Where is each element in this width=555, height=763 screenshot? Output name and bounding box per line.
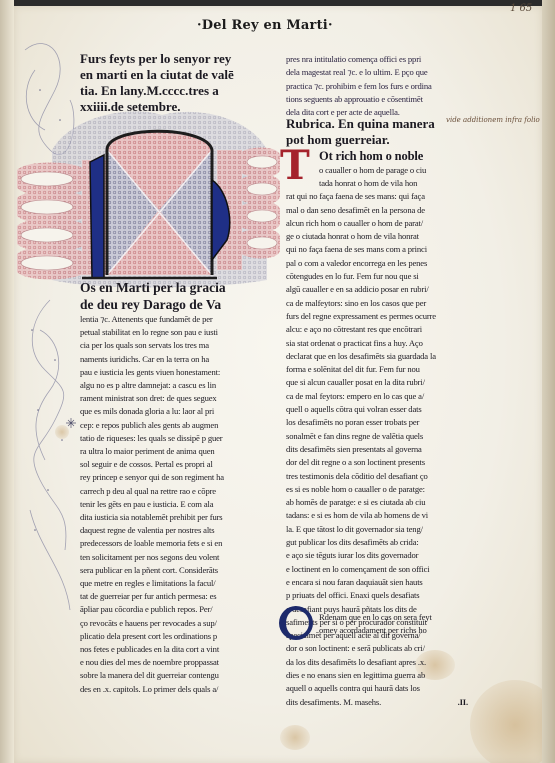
text-line: dits desafiments. M. masehs. .II.	[286, 696, 472, 709]
text-line: Os en Marti per la gracia	[80, 279, 265, 296]
text-line: āpliar pau cōcordia e publich repos. Per…	[80, 603, 265, 616]
text-line: cia per los quals son servats los tres m…	[80, 339, 265, 352]
text-line: ra ultra lo maior periment de anima quen	[80, 445, 265, 458]
text-line: ab homēs de paratge: e si es ciutada ab …	[286, 496, 472, 509]
text-line: daquest regne de valentia per nostres al…	[80, 524, 265, 537]
blue-initial-o	[279, 606, 313, 640]
text-line: que metre en regles e limitations la fac…	[80, 577, 265, 590]
chapter-number: .II.	[458, 696, 472, 709]
page-fore-edge	[542, 0, 555, 763]
text-line: sia stat ordenat o practicat fins a huy.…	[286, 337, 472, 350]
text-line: e encara si nou faran daquiauāt sien hau…	[286, 576, 472, 589]
text-line: nos fetes e publicades en la dita cort a…	[80, 643, 265, 656]
text-line: e loctinent en lo començament de son off…	[286, 563, 472, 576]
illuminated-initial-n	[12, 110, 280, 290]
text-line: tia. En lany.M.cccc.tres a	[80, 83, 265, 99]
handwritten-marginal-note: vide additionem infra folio	[446, 116, 540, 124]
text-line: ten solicitament per nos segons deu vole…	[80, 551, 265, 564]
text-line: petual stabilitat en lo regne son pau e …	[80, 326, 265, 339]
text-line: mal o dan seno desafimēt en la persona d…	[286, 204, 472, 217]
text-line: tatio de riqueses: les quals se dissipē …	[80, 432, 265, 445]
text-line: predecessors de loable memoria fets e si…	[80, 537, 265, 550]
text-line: que es mils donada gloria a lu: laor al …	[80, 405, 265, 418]
text-line: rey princep e senyor qui de son regiment…	[80, 471, 265, 484]
text-line: alcu: e aço no cōtrestant res que encōtr…	[286, 323, 472, 336]
text-line: furs del regne expressament es permes oc…	[286, 310, 472, 323]
text-line: p priuats del offici. Enaxi quels desafi…	[286, 589, 472, 602]
text-line: ço revocāts e hauens per revocades a sup…	[80, 617, 265, 630]
text-line: Rdenam que en lo cas on sera feyt	[319, 611, 472, 624]
left-column-body: lentia ⁊c. Attenents que fundamēt de per…	[80, 313, 265, 696]
right-column-top: pres nra intitulatio comença offici es p…	[286, 53, 472, 119]
text-line: algū caualler e en sa addicio posar en r…	[286, 283, 472, 296]
text-line: o caualler o hom de parage o ciu	[319, 164, 472, 177]
text-line: tres testimonis dela cōditio del desafia…	[286, 470, 472, 483]
text-line: e aço sie tēguts iurar los dits governad…	[286, 549, 472, 562]
text-line: dita iusticia sia notablemēt prehibit pe…	[80, 511, 265, 524]
chapter-two-opening: Rdenam que en lo cas on sera feyt omey a…	[319, 611, 472, 637]
text-line: des en .x. capitols. Lo primer dels qual…	[80, 683, 265, 696]
text-line: Furs feyts per lo senyor rey	[80, 51, 265, 67]
text-line: qui no faça faena de ses mans com a prin…	[286, 243, 472, 256]
text-line: sera publicar en la pñent cort. Consider…	[80, 564, 265, 577]
text-line: en marti en la ciutat de valē	[80, 67, 265, 83]
text-line: ge o ciutada honrat o hom de vila honrat	[286, 230, 472, 243]
folio-number: 1 65	[510, 3, 532, 14]
text-line: dits desafiments. M. masehs.	[286, 696, 381, 709]
text-line: e nou dies del mes de noembre proppassat	[80, 656, 265, 669]
text-line: ca de malfeytors: sino en los casos que …	[286, 297, 472, 310]
text-line: gut publicar los dits desafimēts ab crid…	[286, 536, 472, 549]
text-line: sonalmēt e fan dins regne de valētia que…	[286, 430, 472, 443]
text-line: la. E que tātost lo dit governador sia t…	[286, 523, 472, 536]
text-line: practica ⁊c. prohibim e fem los furs e o…	[286, 80, 472, 93]
text-line: pau e iusticia les gents viuen honestame…	[80, 366, 265, 379]
paper-stain	[280, 725, 310, 750]
text-line: sobre la manera del dit guerreiar conten…	[80, 669, 265, 682]
text-line: cōtengudes en lo fur. Fem fur nou que si	[286, 270, 472, 283]
text-line: Ot rich hom o noble	[319, 148, 472, 164]
text-line: tions seguents ab approuatio e cōsentimē…	[286, 93, 472, 106]
text-line: plicatio dela present cort les ordinatio…	[80, 630, 265, 643]
text-line: declarat que en los desafimēts sia guard…	[286, 350, 472, 363]
text-line: alcun rich hom o caualler o hom de parat…	[286, 217, 472, 230]
text-line: dor o son loctinent: e serā publicats ab…	[286, 642, 472, 655]
text-line: carrech p deu al qual na rettre rao e cō…	[80, 485, 265, 498]
chapter-one-opening: Ot rich hom o noble o caualler o hom de …	[319, 148, 472, 177]
text-line: da los dits desafimēts lo desafiant apre…	[286, 656, 472, 669]
text-line: de deu rey Darago de Va	[80, 296, 265, 313]
running-head: ·Del Rey en Marti·	[197, 18, 333, 33]
text-line: sol seguir e de cossos. Pertal es propri…	[80, 458, 265, 471]
text-line: pal o com a valedor encorrega en les pen…	[286, 257, 472, 270]
text-line: dor del dit regne o a son loctinent pres…	[286, 456, 472, 469]
text-line: ca de mal feytors: empero en lo cas que …	[286, 390, 472, 403]
text-line: algu no es p altre damnejat: a cascu es …	[80, 379, 265, 392]
text-line: tat de guerreiar per fur antich permesa:…	[80, 590, 265, 603]
text-line: rat qui no faça faena de ses mans: qui f…	[286, 190, 472, 203]
text-line: los desafimēts no poran esser trobats pe…	[286, 416, 472, 429]
section-heading: Os en Marti per la gracia de deu rey Dar…	[80, 279, 265, 313]
text-line: rament ministrat son dret: de ques segue…	[80, 392, 265, 405]
text-line: dies e no enans sien en legittima guerra…	[286, 669, 472, 682]
text-line: tenir les gēts en pau e iusticia. E com …	[80, 498, 265, 511]
text-line: lentia ⁊c. Attenents que fundamēt de per	[80, 313, 265, 326]
colophon-intro: Furs feyts per lo senyor rey en marti en…	[80, 51, 265, 115]
text-line: aquell o aquells contra qui haurā dats l…	[286, 682, 472, 695]
text-line: es si es noble hom o caualler o de parat…	[286, 483, 472, 496]
text-line: cep: e repos publich ales gents ab augme…	[80, 419, 265, 432]
text-line: omey acordadament per richs ho	[319, 624, 472, 637]
text-line: pres nra intitulatio comença offici es p…	[286, 53, 472, 66]
text-line: quell o aquells cōtra qui volran esser d…	[286, 403, 472, 416]
text-line: forma e solēnitat del dit fur. Fem fur n…	[286, 363, 472, 376]
text-line: dela magestat real ⁊c. e lo ultim. E pço…	[286, 66, 472, 79]
text-line: que si alcun caualler posat en la dita r…	[286, 376, 472, 389]
text-line: naments iuridichs. Car en la terra on ha	[80, 353, 265, 366]
text-line: tada honrat o hom de vila hon	[286, 177, 472, 190]
rubric-heading: Rubrica. En quina manera pot hom guerrei…	[286, 116, 472, 148]
text-line: tadans: e si es hom de vila ab homens de…	[286, 509, 472, 522]
text-line: dits desafimēts sien presentats al gover…	[286, 443, 472, 456]
text-line: Rubrica. En quina manera	[286, 116, 472, 132]
